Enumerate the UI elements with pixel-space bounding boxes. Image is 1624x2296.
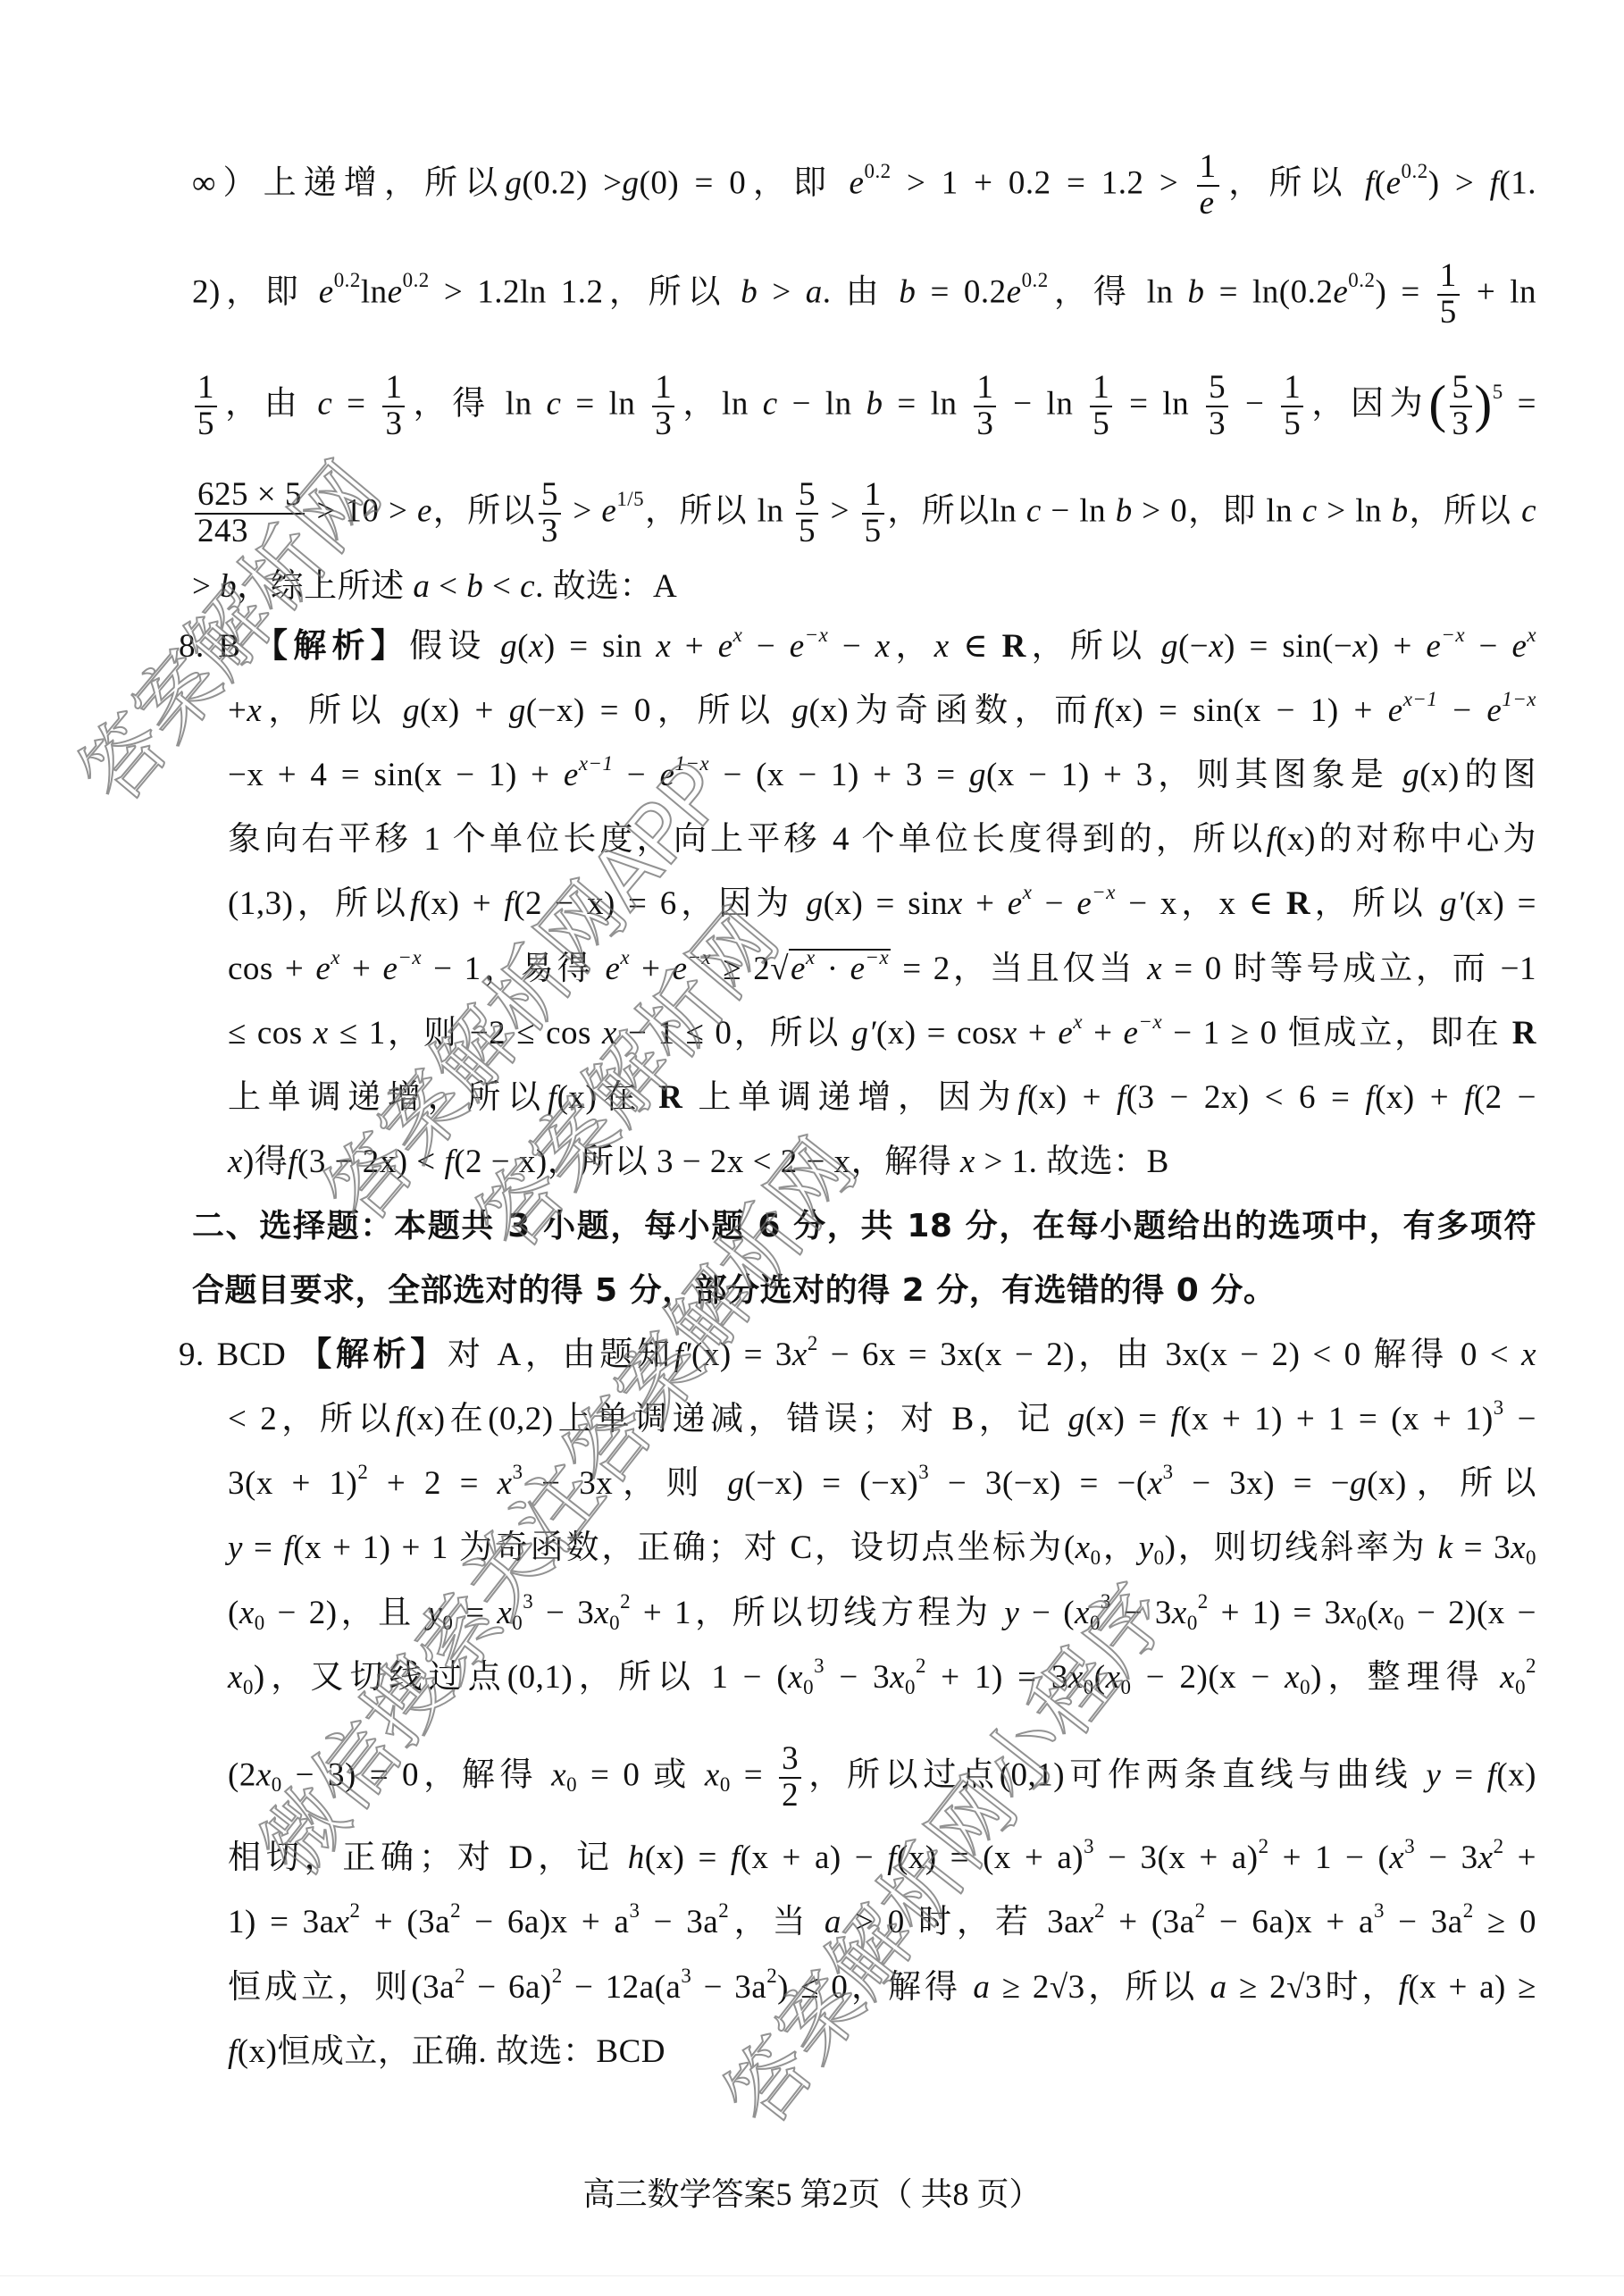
- text-line: f(x)恒成立，正确. 故选：BCD: [228, 2025, 1536, 2079]
- question-number: 9. BCD: [179, 1337, 298, 1373]
- fraction: 15: [1090, 371, 1112, 442]
- text-line: (1,3)，所以f(x) + f(2 − x) = 6，因为 g(x) = si…: [228, 877, 1536, 931]
- text-line: 相切，正确；对 D，记 h(x) = f(x + a) − f(x) = (x …: [228, 1831, 1536, 1885]
- text-line: > b，综上所述 a < b < c. 故选：A: [192, 560, 1536, 614]
- text-line: (x0 − 2)，且 y0 = x03 − 3x02 + 1，所以切线方程为 y…: [228, 1587, 1536, 1640]
- answer-8-line: 8. B 【解析】假设 g(x) = sin x + ex − e−x − x，…: [179, 620, 1536, 674]
- fraction: 55: [796, 478, 818, 549]
- fraction: 13: [974, 371, 996, 442]
- text-line: x0)，又切线过点(0,1)，所以 1 − (x03 − 3x02 + 1) =…: [228, 1651, 1536, 1705]
- fraction: 15: [1437, 259, 1460, 331]
- text-line: +x，所以 g(x) + g(−x) = 0，所以 g(x)为奇函数，而f(x)…: [228, 684, 1536, 738]
- text-line: 上单调递增，所以f(x)在 R 上单调递增，因为f(x) + f(3 − 2x)…: [228, 1071, 1536, 1125]
- text-line: ≤ cos x ≤ 1，则 −2 ≤ cos x − 1 ≤ 0，所以 g′(x…: [228, 1007, 1536, 1060]
- document-page: ∞）上递增，所以g(0.2) >g(0) = 0，即 e0.2 > 1 + 0.…: [0, 0, 1624, 2296]
- analysis-tag: 【解析】: [298, 1337, 448, 1373]
- fraction: 1e: [1197, 150, 1219, 222]
- text-line: −x + 4 = sin(x − 1) + ex−1 − e1−x − (x −…: [228, 749, 1536, 802]
- fraction: 53: [1450, 371, 1472, 442]
- text-line: cos + ex + e−x − 1，易得 ex + e−x ≥ 2√ex · …: [228, 943, 1536, 996]
- fraction: 53: [539, 478, 561, 549]
- fraction: 15: [1281, 371, 1303, 442]
- text-line: 恒成立，则(3a2 − 6a)2 − 12a(a3 − 3a2) ≤ 0，解得 …: [228, 1961, 1536, 2015]
- text-line: 1) = 3ax2 + (3a2 − 6a)x + a3 − 3a2，当 a >…: [228, 1896, 1536, 1949]
- fraction: 15: [862, 478, 884, 549]
- fraction: 53: [1206, 371, 1228, 442]
- fraction: 625 × 5243: [195, 478, 305, 549]
- text-line: 3(x + 1)2 + 2 = x3 − 3x，则 g(−x) = (−x)3 …: [228, 1457, 1536, 1511]
- fraction: 13: [382, 371, 405, 442]
- fraction: 13: [652, 371, 674, 442]
- fraction: 15: [195, 371, 217, 442]
- section-heading-cont: 合题目要求，全部选对的得 5 分，部分选对的得 2 分，有选错的得 0 分。: [192, 1264, 1536, 1318]
- text-line: (2x0 − 3) = 0，解得 x0 = 0 或 x0 = 32，所以过点(0…: [228, 1742, 1536, 1814]
- text-line: 2)，即 e0.2lne0.2 > 1.2ln 1.2，所以 b > a. 由 …: [192, 259, 1536, 331]
- analysis-tag: 【解析】: [255, 628, 409, 665]
- text-line: x)得f(3 − 2x) < f(2 − x)，所以 3 − 2x < 2 − …: [228, 1135, 1536, 1189]
- text-line: 象向右平移 1 个单位长度，向上平移 4 个单位长度得到的，所以f(x)的对称中…: [228, 813, 1536, 867]
- fraction: 32: [779, 1742, 801, 1814]
- text-line: y = f(x + 1) + 1 为奇函数，正确；对 C，设切点坐标为(x0，y…: [228, 1521, 1536, 1575]
- page-bottom-edge: [0, 2275, 1624, 2276]
- text-line: < 2，所以f(x)在(0,2)上单调递减，错误；对 B，记 g(x) = f(…: [228, 1393, 1536, 1446]
- question-number: 8. B: [179, 628, 255, 665]
- section-heading: 二、选择题：本题共 3 小题，每小题 6 分，共 18 分，在每小题给出的选项中…: [192, 1200, 1536, 1253]
- text-line: 625 × 5243 > 10 > e，所以53 > e1/5，所以 ln 55…: [192, 478, 1536, 549]
- text-line: 15，由 c = 13，得 ln c = ln 13，ln c − ln b =…: [192, 371, 1536, 442]
- page-footer: 高三数学答案5 第2页（ 共8 页）: [0, 2169, 1624, 2215]
- answer-9-line: 9. BCD 【解析】对 A，由题知f′(x) = 3x2 − 6x = 3x(…: [179, 1328, 1536, 1382]
- text-line: ∞）上递增，所以g(0.2) >g(0) = 0，即 e0.2 > 1 + 0.…: [192, 150, 1536, 222]
